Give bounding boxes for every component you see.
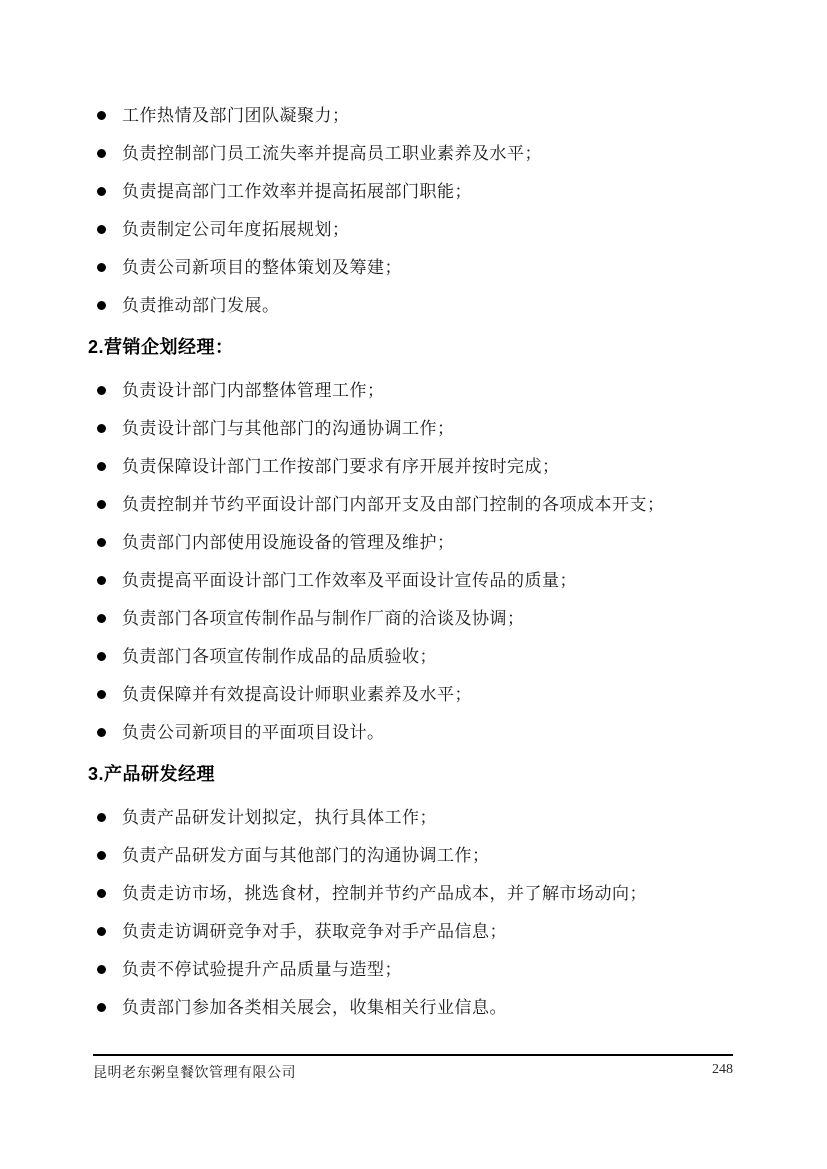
list-item: 负责不停试验提升产品质量与造型；	[88, 957, 733, 982]
list-item: 负责走访市场，挑选食材，控制并节约产品成本，并了解市场动向；	[88, 881, 733, 906]
list-item: 负责部门各项宣传制作成品的品质验收；	[88, 644, 733, 669]
list-item: 负责公司新项目的整体策划及筹建；	[88, 255, 733, 280]
bullet-icon	[97, 386, 106, 395]
bullet-text: 负责部门参加各类相关展会，收集相关行业信息。	[122, 998, 507, 1017]
list-item: 负责产品研发方面与其他部门的沟通协调工作；	[88, 843, 733, 868]
bullet-icon	[97, 500, 106, 509]
list-item: 负责部门内部使用设施设备的管理及维护；	[88, 530, 733, 555]
bullet-icon	[97, 927, 106, 936]
bullet-icon	[97, 424, 106, 433]
bullet-text: 负责控制部门员工流失率并提高员工职业素养及水平；	[122, 144, 542, 163]
list-item: 负责设计部门与其他部门的沟通协调工作；	[88, 416, 733, 441]
list-item: 负责提高部门工作效率并提高拓展部门职能；	[88, 179, 733, 204]
bullet-text: 负责提高平面设计部门工作效率及平面设计宣传品的质量；	[122, 571, 577, 590]
bullet-text: 负责产品研发计划拟定，执行具体工作；	[122, 808, 437, 827]
bullet-text: 负责公司新项目的平面项目设计。	[122, 723, 385, 742]
bullet-icon	[97, 851, 106, 860]
page-footer: 昆明老东粥皇餐饮管理有限公司 248	[93, 1054, 733, 1082]
bullet-text: 负责设计部门与其他部门的沟通协调工作；	[122, 419, 455, 438]
list-item: 负责产品研发计划拟定，执行具体工作；	[88, 805, 733, 830]
document-body: 工作热情及部门团队凝聚力； 负责控制部门员工流失率并提高员工职业素养及水平； 负…	[88, 103, 733, 1033]
bullet-icon	[97, 652, 106, 661]
list-item: 负责设计部门内部整体管理工作；	[88, 378, 733, 403]
list-item: 负责保障并有效提高设计师职业素养及水平；	[88, 682, 733, 707]
bullet-text: 负责部门各项宣传制作成品的品质验收；	[122, 647, 437, 666]
list-item: 负责控制部门员工流失率并提高员工职业素养及水平；	[88, 141, 733, 166]
bullet-list-general-manager-duties: 工作热情及部门团队凝聚力； 负责控制部门员工流失率并提高员工职业素养及水平； 负…	[88, 103, 733, 318]
bullet-icon	[97, 225, 106, 234]
list-item: 负责推动部门发展。	[88, 293, 733, 318]
list-item: 工作热情及部门团队凝聚力；	[88, 103, 733, 128]
bullet-text: 负责控制并节约平面设计部门内部开支及由部门控制的各项成本开支；	[122, 495, 665, 514]
list-item: 负责制定公司年度拓展规划；	[88, 217, 733, 242]
bullet-text: 负责产品研发方面与其他部门的沟通协调工作；	[122, 846, 490, 865]
bullet-icon	[97, 813, 106, 822]
bullet-icon	[97, 889, 106, 898]
bullet-icon	[97, 263, 106, 272]
bullet-icon	[97, 728, 106, 737]
bullet-text: 负责保障设计部门工作按部门要求有序开展并按时完成；	[122, 457, 560, 476]
list-item: 负责提高平面设计部门工作效率及平面设计宣传品的质量；	[88, 568, 733, 593]
bullet-icon	[97, 538, 106, 547]
footer-company-name: 昆明老东粥皇餐饮管理有限公司	[93, 1062, 296, 1082]
bullet-icon	[97, 965, 106, 974]
list-item: 负责部门参加各类相关展会，收集相关行业信息。	[88, 995, 733, 1020]
list-item: 负责走访调研竞争对手，获取竞争对手产品信息；	[88, 919, 733, 944]
list-item: 负责保障设计部门工作按部门要求有序开展并按时完成；	[88, 454, 733, 479]
bullet-icon	[97, 187, 106, 196]
footer-page-number: 248	[712, 1062, 733, 1078]
list-item: 负责公司新项目的平面项目设计。	[88, 720, 733, 745]
bullet-icon	[97, 576, 106, 585]
bullet-text: 负责走访调研竞争对手，获取竞争对手产品信息；	[122, 922, 507, 941]
bullet-text: 负责制定公司年度拓展规划；	[122, 220, 350, 239]
bullet-text: 负责推动部门发展。	[122, 296, 280, 315]
bullet-text: 负责保障并有效提高设计师职业素养及水平；	[122, 685, 472, 704]
bullet-text: 负责走访市场，挑选食材，控制并节约产品成本，并了解市场动向；	[122, 884, 647, 903]
bullet-icon	[97, 1003, 106, 1012]
bullet-text: 负责部门各项宣传制作品与制作厂商的洽谈及协调；	[122, 609, 525, 628]
section-heading-product-rd-manager: 3.产品研发经理	[88, 761, 733, 787]
bullet-list-marketing-planning-manager: 负责设计部门内部整体管理工作； 负责设计部门与其他部门的沟通协调工作； 负责保障…	[88, 378, 733, 745]
bullet-text: 负责提高部门工作效率并提高拓展部门职能；	[122, 182, 472, 201]
bullet-icon	[97, 301, 106, 310]
bullet-text: 工作热情及部门团队凝聚力；	[122, 106, 350, 125]
bullet-icon	[97, 149, 106, 158]
section-heading-marketing-planning-manager: 2.营销企划经理：	[88, 334, 733, 360]
bullet-text: 负责不停试验提升产品质量与造型；	[122, 960, 402, 979]
bullet-text: 负责部门内部使用设施设备的管理及维护；	[122, 533, 455, 552]
list-item: 负责部门各项宣传制作品与制作厂商的洽谈及协调；	[88, 606, 733, 631]
bullet-text: 负责设计部门内部整体管理工作；	[122, 381, 385, 400]
bullet-text: 负责公司新项目的整体策划及筹建；	[122, 258, 402, 277]
bullet-icon	[97, 462, 106, 471]
bullet-list-product-rd-manager: 负责产品研发计划拟定，执行具体工作； 负责产品研发方面与其他部门的沟通协调工作；…	[88, 805, 733, 1020]
bullet-icon	[97, 690, 106, 699]
document-page: 工作热情及部门团队凝聚力； 负责控制部门员工流失率并提高员工职业素养及水平； 负…	[0, 0, 827, 1169]
bullet-icon	[97, 111, 106, 120]
bullet-icon	[97, 614, 106, 623]
list-item: 负责控制并节约平面设计部门内部开支及由部门控制的各项成本开支；	[88, 492, 733, 517]
